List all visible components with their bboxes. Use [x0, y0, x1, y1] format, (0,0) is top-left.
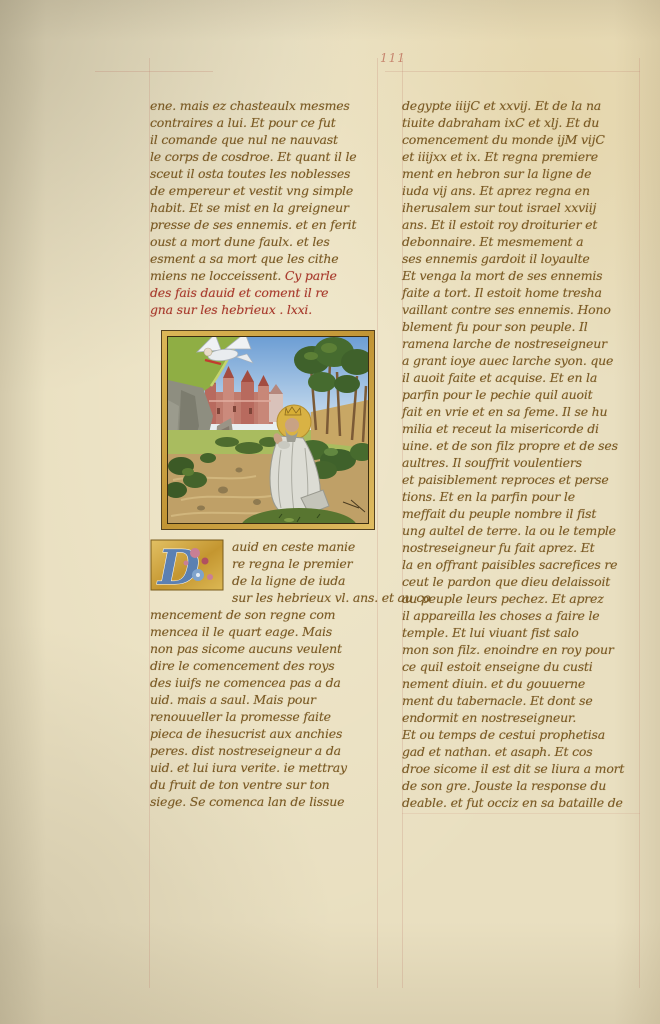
manuscript-line: vaillant contre ses ennemis. Hono: [402, 301, 642, 318]
miniature-painting: [161, 330, 375, 530]
manuscript-line: faite a tort. Il estoit home tresha: [402, 284, 642, 301]
manuscript-line: pieca de ihesucrist aux anchies: [150, 725, 380, 742]
ruling-line-horizontal: [402, 813, 640, 814]
manuscript-line: endormit en nostreseigneur.: [402, 709, 642, 726]
manuscript-line: du fruit de ton ventre sur ton: [150, 776, 380, 793]
text-column-right: degypte iiijC et xxvij. Et de la natiuit…: [402, 97, 642, 811]
manuscript-line: mon son filz. enoindre en roy pour: [402, 641, 642, 658]
initial-letter: D: [156, 540, 200, 591]
manuscript-line: iherusalem sur tout israel xxviij: [402, 199, 642, 216]
manuscript-line: parfin pour le pechie quil auoit: [402, 386, 642, 403]
manuscript-line: meffait du peuple nombre il fist: [402, 505, 642, 522]
manuscript-line: uid. et lui iura verite. ie mettray: [150, 759, 380, 776]
manuscript-line: et iiijxx et ix. Et regna premiere: [402, 148, 642, 165]
manuscript-line: il appareilla les choses a faire le: [402, 607, 642, 624]
manuscript-line: miens ne locceissent. Cy parle: [150, 267, 380, 284]
manuscript-line: ramena larche de nostreseigneur: [402, 335, 642, 352]
manuscript-line: ceut le pardon que dieu delaissoit: [402, 573, 642, 590]
manuscript-line: blement fu pour son peuple. Il: [402, 318, 642, 335]
manuscript-line: comencement du monde ijM vijC: [402, 131, 642, 148]
manuscript-line: iuda vij ans. Et aprez regna en: [402, 182, 642, 199]
manuscript-line: uid. mais a saul. Mais pour: [150, 691, 380, 708]
manuscript-line: aultres. Il souffrit voulentiers: [402, 454, 642, 471]
manuscript-line: uine. et de son filz propre et de ses: [402, 437, 642, 454]
manuscript-line: debonnaire. Et mesmement a: [402, 233, 642, 250]
manuscript-line: oust a mort dune faulx. et les: [150, 233, 380, 250]
manuscript-line: siege. Se comenca lan de lissue: [150, 793, 380, 810]
manuscript-line: ung aultel de terre. la ou le temple: [402, 522, 642, 539]
manuscript-line: il auoit faite et acquise. Et en la: [402, 369, 642, 386]
manuscript-line: la en offrant paisibles sacrefices re: [402, 556, 642, 573]
manuscript-line: renouueller la promesse faite: [150, 708, 380, 725]
manuscript-line: de son gre. Jouste la response du: [402, 777, 642, 794]
manuscript-line: il comande que nul ne nauvast: [150, 131, 380, 148]
manuscript-line: Et ou temps de cestui prophetisa: [402, 726, 642, 743]
manuscript-line: ses ennemis gardoit il loyaulte: [402, 250, 642, 267]
manuscript-line: sceut il osta toutes les noblesses: [150, 165, 380, 182]
text-column-left-lower: D auid en ceste maniere regna le premier…: [150, 538, 380, 810]
manuscript-line: ce quil estoit enseigne du custi: [402, 658, 642, 675]
manuscript-line: gad et nathan. et asaph. Et cos: [402, 743, 642, 760]
manuscript-line: gna sur les hebrieux . lxxi.: [150, 301, 380, 318]
manuscript-line: temple. Et lui viuant fist salo: [402, 624, 642, 641]
miniature-king-david: [161, 330, 375, 530]
manuscript-line: habit. Et se mist en la greigneur: [150, 199, 380, 216]
manuscript-line: tiuite dabraham ixC et xlj. Et du: [402, 114, 642, 131]
manuscript-line: au peuple leurs pechez. Et aprez: [402, 590, 642, 607]
manuscript-line: et paisiblement reproces et perse: [402, 471, 642, 488]
sleeve: [278, 441, 290, 449]
illuminated-initial-d: D: [150, 539, 224, 591]
manuscript-line: peres. dist nostreseigneur a da: [150, 742, 380, 759]
manuscript-line: ans. Et il estoit roy droiturier et: [402, 216, 642, 233]
manuscript-line: mencement de son regne com: [150, 606, 380, 623]
manuscript-line: degypte iiijC et xxvij. Et de la na: [402, 97, 642, 114]
manuscript-line: mencea il le quart eage. Mais: [150, 623, 380, 640]
manuscript-line: des fais dauid et coment il re: [150, 284, 380, 301]
manuscript-line: nostreseigneur fu fait aprez. Et: [402, 539, 642, 556]
manuscript-line: droe sicome il est dit se liura a mort: [402, 760, 642, 777]
ruling-line-horizontal: [385, 71, 640, 72]
manuscript-line: des iuifs ne comencea pas a da: [150, 674, 380, 691]
manuscript-line: non pas sicome aucuns veulent: [150, 640, 380, 657]
manuscript-page: 111 ene. mais ez chasteaulx mesmescontra…: [0, 0, 660, 1024]
manuscript-line: fait en vrie et en sa feme. Il se hu: [402, 403, 642, 420]
folio-mark: 111: [380, 51, 406, 65]
text-column-left-upper: ene. mais ez chasteaulx mesmescontraires…: [150, 97, 380, 318]
ruling-line-horizontal: [95, 71, 213, 72]
manuscript-line: milia et receut la misericorde di: [402, 420, 642, 437]
manuscript-line: a grant ioye auec larche syon. que: [402, 352, 642, 369]
manuscript-line: contraires a lui. Et pour ce fut: [150, 114, 380, 131]
manuscript-line: nement diuin. et du gouuerne: [402, 675, 642, 692]
manuscript-line: deable. et fut occiz en sa bataille de: [402, 794, 642, 811]
manuscript-line: presse de ses ennemis. et en ferit: [150, 216, 380, 233]
manuscript-line: dire le comencement des roys: [150, 657, 380, 674]
manuscript-line: ment du tabernacle. Et dont se: [402, 692, 642, 709]
manuscript-line: ment en hebron sur la ligne de: [402, 165, 642, 182]
manuscript-line: sur les hebrieux vl. ans. et au co: [150, 589, 380, 606]
manuscript-line: tions. Et en la parfin pour le: [402, 488, 642, 505]
manuscript-line: esment a sa mort que les cithe: [150, 250, 380, 267]
manuscript-line: de empereur et vestit vng simple: [150, 182, 380, 199]
manuscript-line: ene. mais ez chasteaulx mesmes: [150, 97, 380, 114]
head: [285, 418, 299, 432]
manuscript-line: le corps de cosdroe. Et quant il le: [150, 148, 380, 165]
manuscript-line: Et venga la mort de ses ennemis: [402, 267, 642, 284]
